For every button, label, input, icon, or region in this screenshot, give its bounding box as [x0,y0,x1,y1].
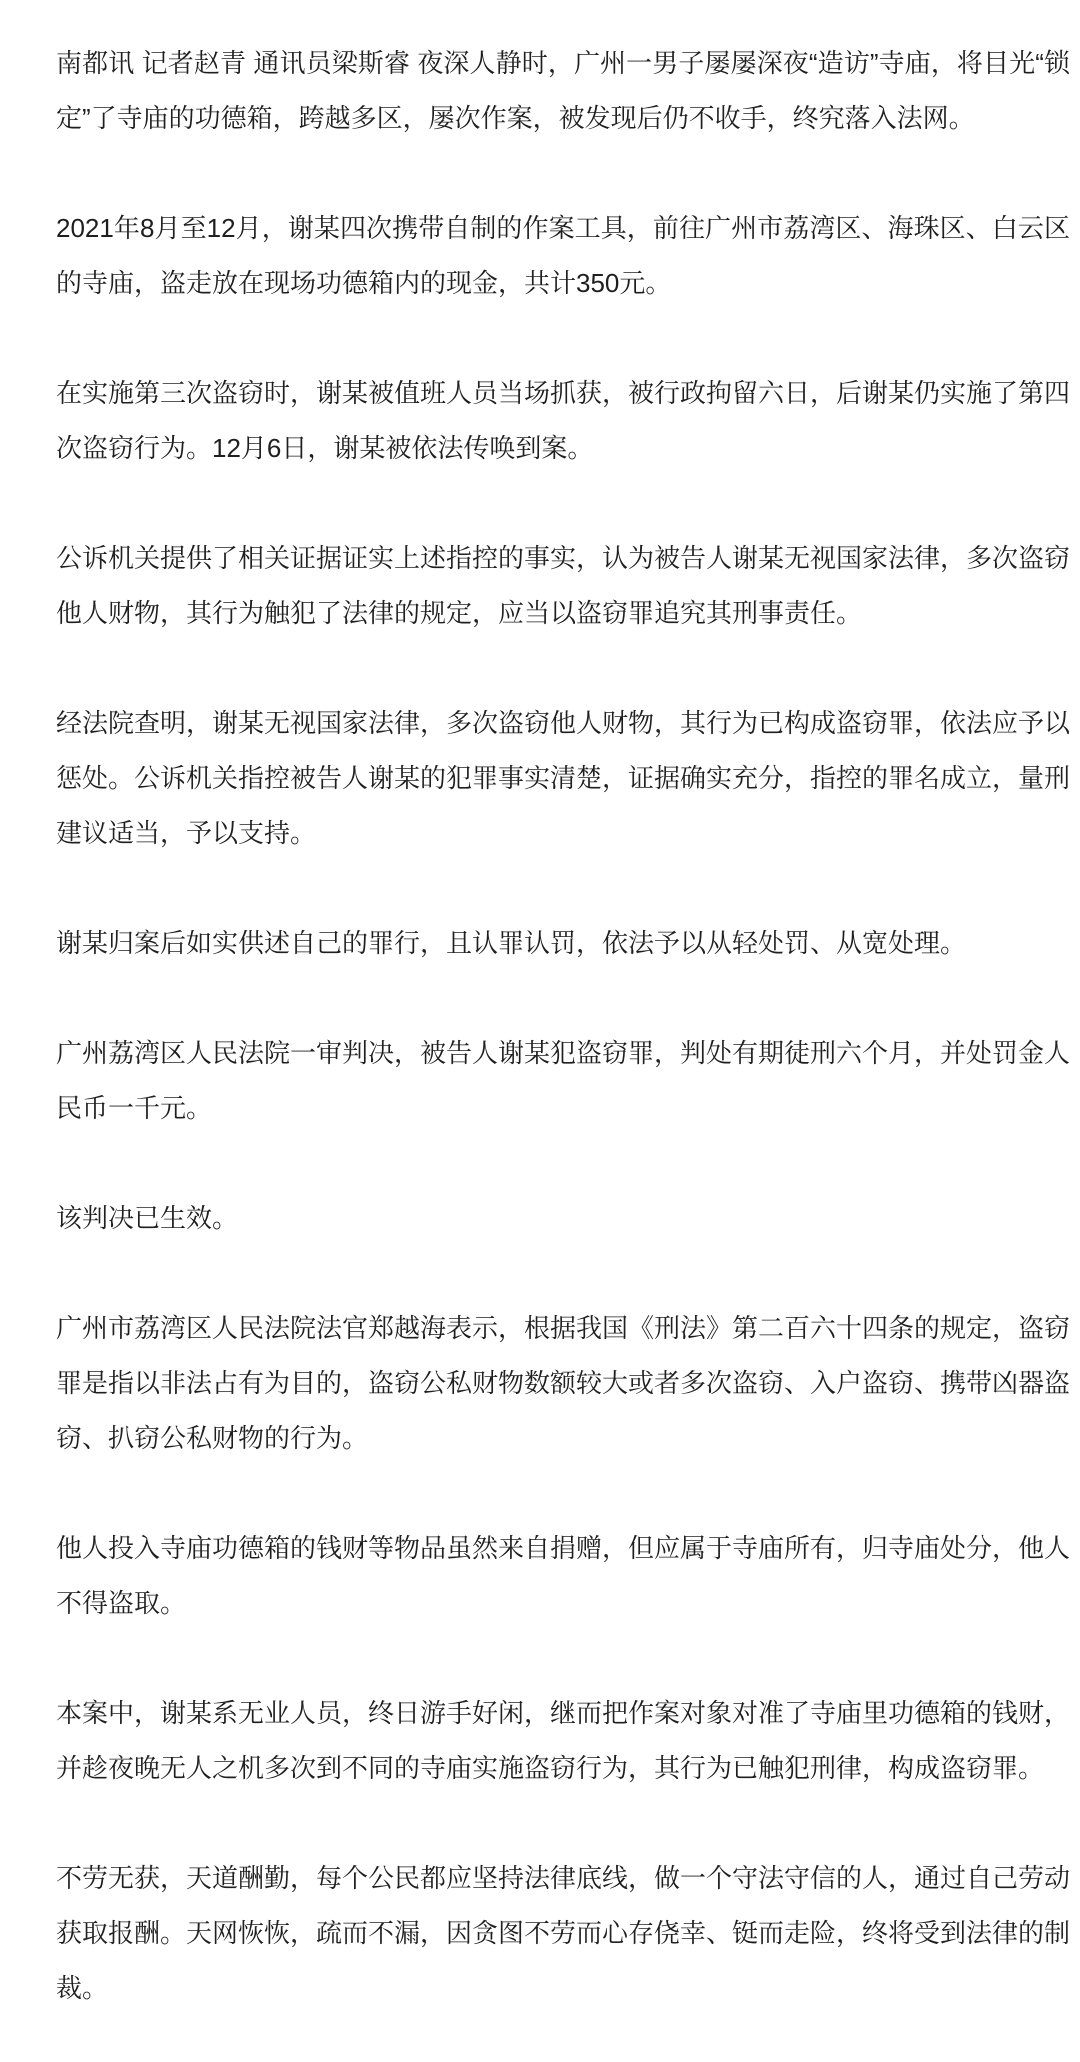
article-paragraph-temple-property: 他人投入寺庙功德箱的钱财等物品虽然来自捐赠，但应属于寺庙所有，归寺庙处分，他人不… [56,1521,1070,1631]
article-paragraph-judge-explanation: 广州市荔湾区人民法院法官郑越海表示，根据我国《刑法》第二百六十四条的规定，盗窃罪… [56,1301,1070,1466]
article-paragraph-case-analysis: 本案中，谢某系无业人员，终日游手好闲，继而把作案对象对准了寺庙里功德箱的钱财，并… [56,1686,1070,1796]
article-paragraph-crime-summary: 2021年8月至12月，谢某四次携带自制的作案工具，前往广州市荔湾区、海珠区、白… [56,201,1070,311]
article-paragraph-lede: 南都讯 记者赵青 通讯员梁斯睿 夜深人静时，广州一男子屡屡深夜“造访”寺庙，将目… [56,36,1070,146]
article-paragraph-moral: 不劳无获，天道酬勤，每个公民都应坚持法律底线，做一个守法守信的人，通过自己劳动获… [56,1851,1070,2016]
article-paragraph-court-findings: 经法院查明，谢某无视国家法律，多次盗窃他人财物，其行为已构成盗窃罪，依法应予以惩… [56,696,1070,861]
article-paragraph-leniency: 谢某归案后如实供述自己的罪行，且认罪认罚，依法予以从轻处罚、从宽处理。 [56,916,1070,971]
article-paragraph-arrest: 在实施第三次盗窃时，谢某被值班人员当场抓获，被行政拘留六日，后谢某仍实施了第四次… [56,366,1070,476]
article-paragraph-effective: 该判决已生效。 [56,1191,1070,1246]
news-article-body: 南都讯 记者赵青 通讯员梁斯睿 夜深人静时，广州一男子屡屡深夜“造访”寺庙，将目… [0,0,1080,2016]
page-background: { "article": { "paragraphs": [ "南都讯 记者赵青… [0,0,1080,2062]
article-paragraph-verdict: 广州荔湾区人民法院一审判决，被告人谢某犯盗窃罪，判处有期徒刑六个月，并处罚金人民… [56,1026,1070,1136]
article-paragraph-prosecution: 公诉机关提供了相关证据证实上述指控的事实，认为被告人谢某无视国家法律，多次盗窃他… [56,531,1070,641]
